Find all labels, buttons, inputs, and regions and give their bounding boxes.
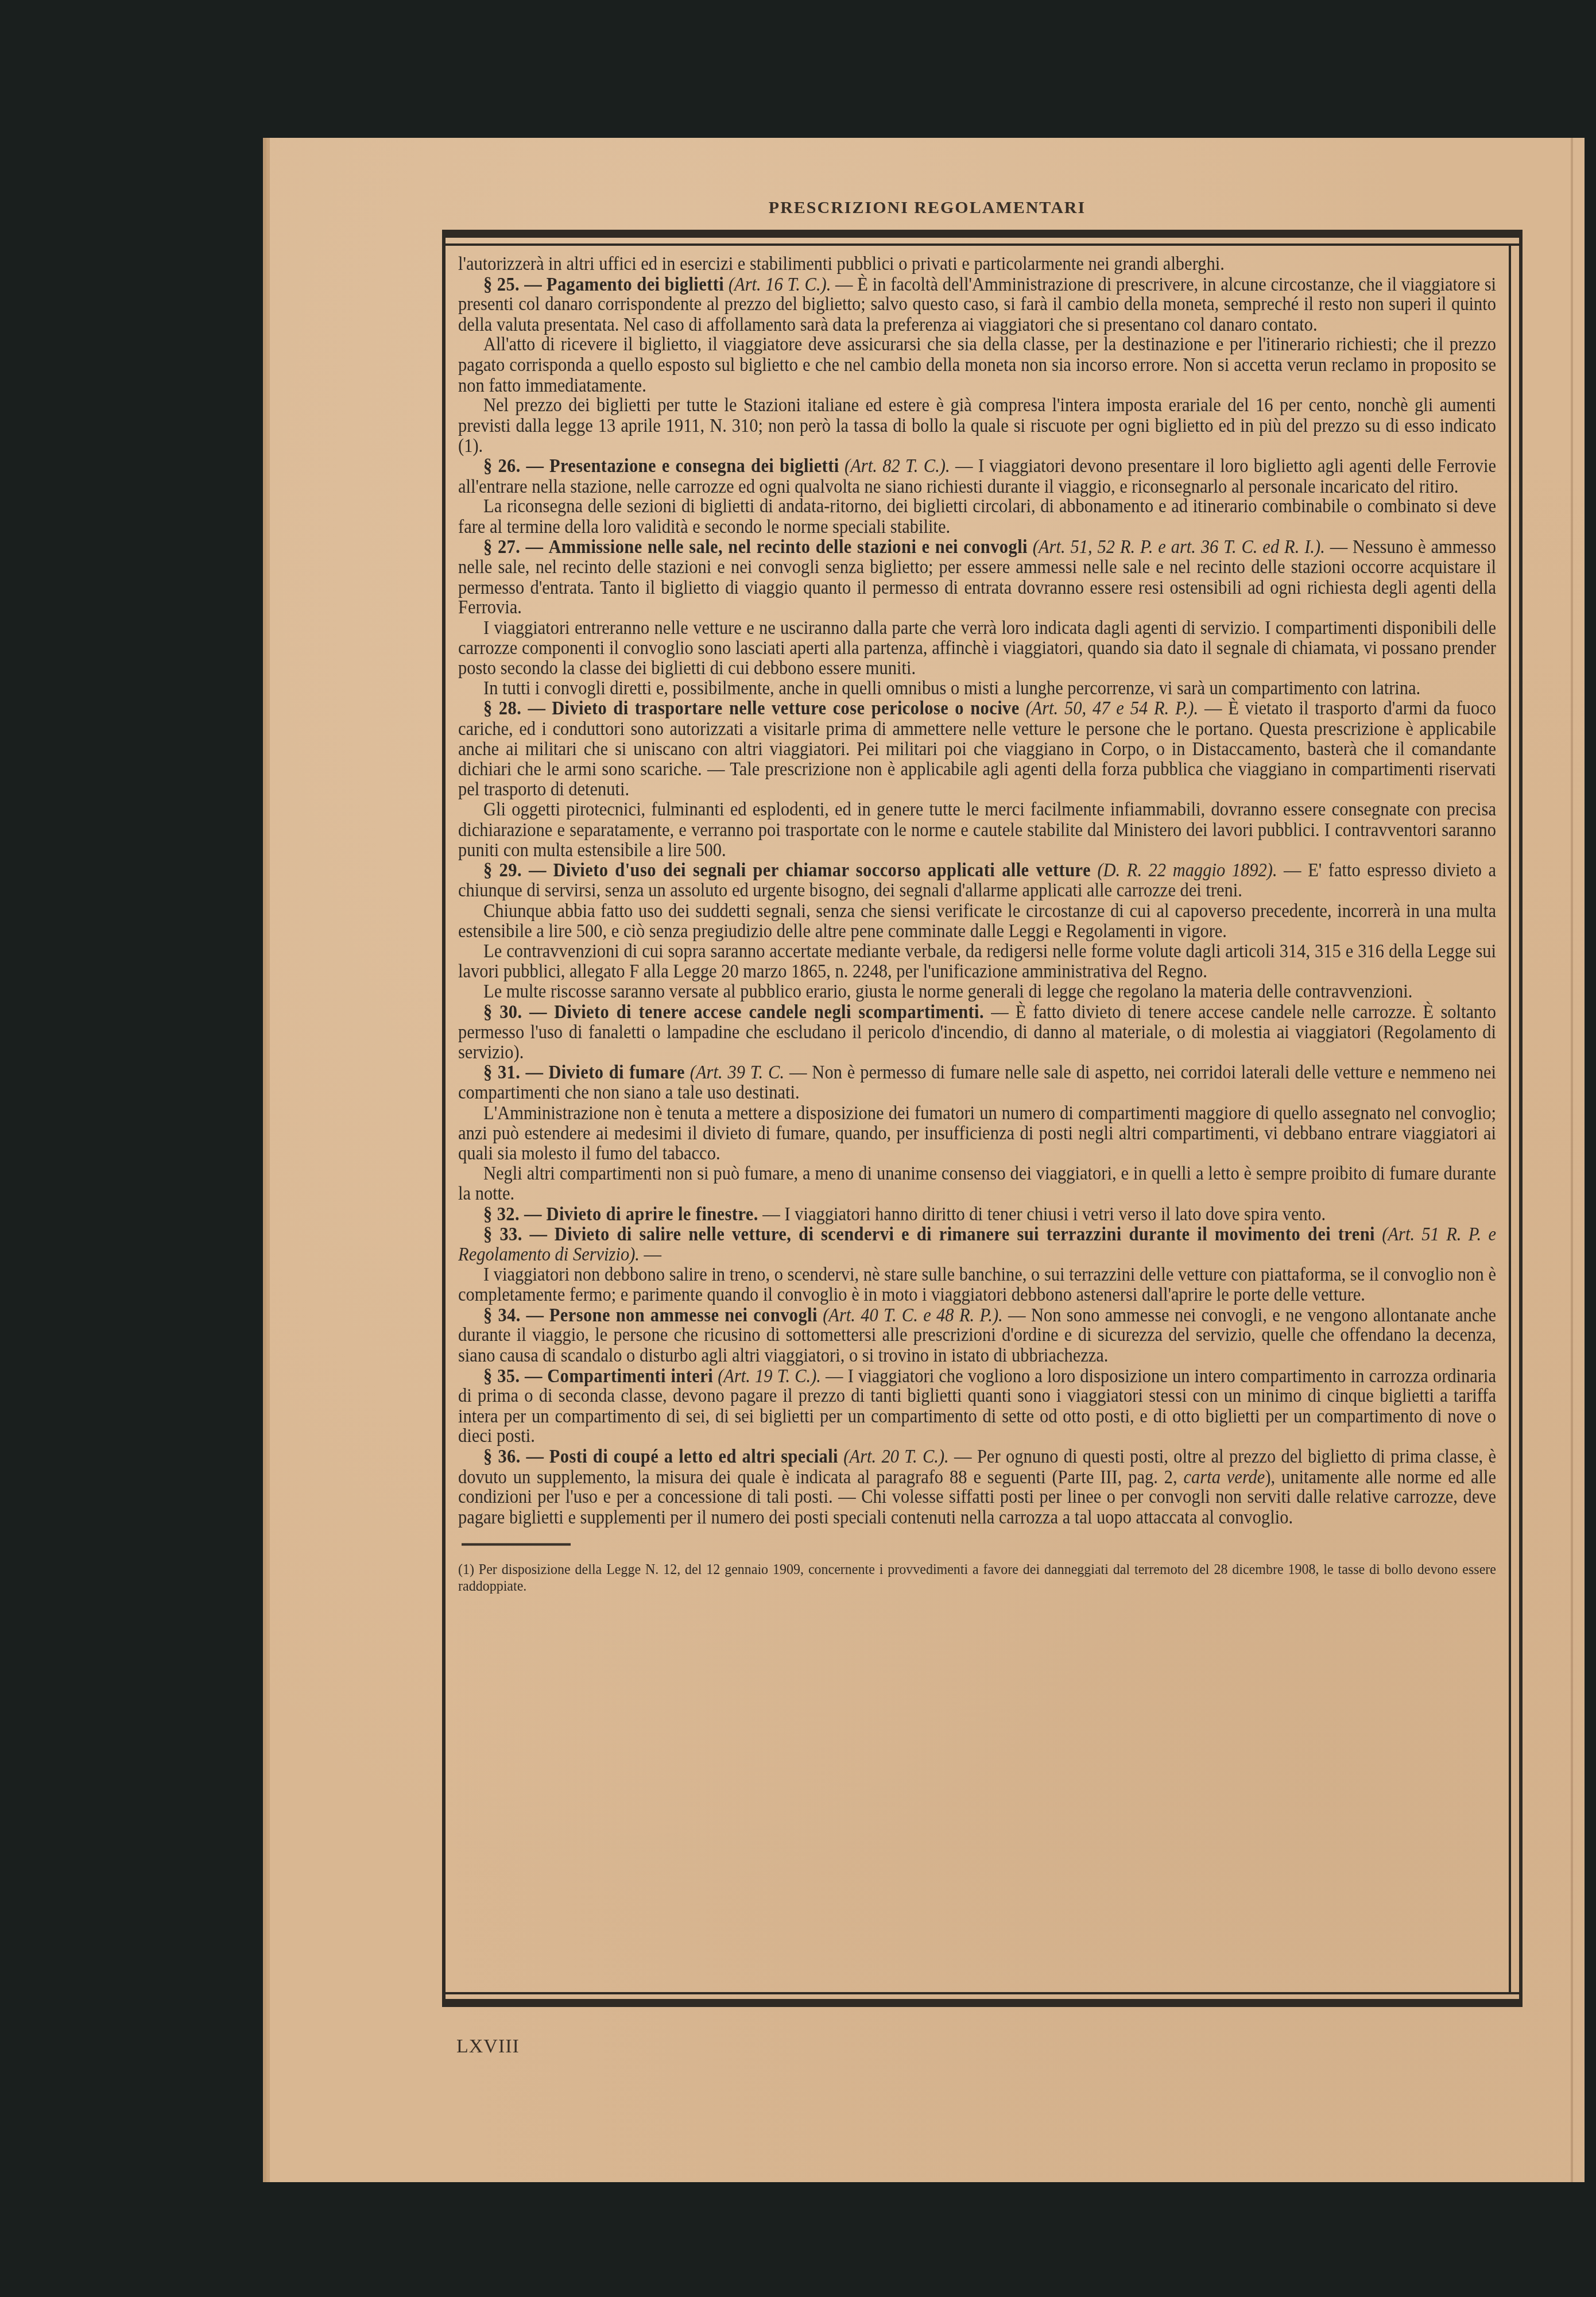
section-reference: (Art. 19 T. C.). xyxy=(718,1365,821,1386)
section-number: § 35. — xyxy=(483,1365,543,1386)
text-frame: l'autorizzerà in altri uffici ed in eser… xyxy=(442,230,1523,2007)
section-reference: (Art. 82 T. C.). xyxy=(845,455,950,477)
book-page: PRESCRIZIONI REGOLAMENTARI l'autorizzerà… xyxy=(270,138,1585,2182)
section-title: Divieto di aprire le finestre. xyxy=(547,1203,758,1224)
paragraph: Le multe riscosse saranno versate al pub… xyxy=(458,981,1496,1001)
section-title: Pagamento dei biglietti xyxy=(547,273,724,295)
footnote: (1) Per disposizione della Legge N. 12, … xyxy=(458,1562,1496,1595)
section-number: § 25. — xyxy=(483,273,542,295)
section-number: § 29. — xyxy=(483,860,547,881)
section-title: Posti di coupé a letto ed altri speciali xyxy=(549,1446,838,1467)
section-title: Divieto di tenere accese candele negli s… xyxy=(554,1001,984,1022)
paragraph: Le contravvenzioni di cui sopra saranno … xyxy=(458,941,1496,981)
section-28: § 28. — Divieto di trasportare nelle vet… xyxy=(458,698,1496,799)
paragraph: Chiunque abbia fatto uso dei suddetti se… xyxy=(458,900,1496,941)
section-title: Divieto di trasportare nelle vetture cos… xyxy=(552,698,1019,719)
section-text-italic: carta verde xyxy=(1184,1466,1265,1487)
section-36: § 36. — Posti di coupé a letto ed altri … xyxy=(458,1447,1496,1528)
paragraph: All'atto di ricevere il biglietto, il vi… xyxy=(458,335,1496,396)
frame-rule-bottom-thick xyxy=(446,1999,1519,2007)
section-text: — xyxy=(644,1244,662,1265)
section-25: § 25. — Pagamento dei biglietti (Art. 16… xyxy=(458,274,1496,335)
section-reference: (Art. 51, 52 R. P. e art. 36 T. C. ed R.… xyxy=(1033,536,1325,558)
paragraph: Nel prezzo dei biglietti per tutte le St… xyxy=(458,395,1496,456)
section-29: § 29. — Divieto d'uso dei segnali per ch… xyxy=(458,860,1496,900)
section-title: Presentazione e consegna dei biglietti xyxy=(549,455,839,477)
section-33: § 33. — Divieto di salire nelle vetture,… xyxy=(458,1224,1496,1264)
section-27: § 27. — Ammissione nelle sale, nel recin… xyxy=(458,537,1496,618)
section-number: § 26. — xyxy=(483,455,544,477)
intro-paragraph: l'autorizzerà in altri uffici ed in eser… xyxy=(458,254,1496,274)
body-text: l'autorizzerà in altri uffici ed in eser… xyxy=(458,254,1496,1595)
section-35: § 35. — Compartimenti interi (Art. 19 T.… xyxy=(458,1366,1496,1447)
section-title: Divieto di fumare xyxy=(548,1062,685,1083)
running-head: PRESCRIZIONI REGOLAMENTARI xyxy=(270,198,1585,218)
section-reference: (D. R. 22 maggio 1892). xyxy=(1097,860,1277,881)
section-number: § 32. — xyxy=(483,1203,542,1224)
section-34: § 34. — Persone non ammesse nei convogli… xyxy=(458,1305,1496,1366)
paragraph: Gli oggetti pirotecnici, fulminanti ed e… xyxy=(458,799,1496,860)
section-title: Divieto d'uso dei segnali per chiamar so… xyxy=(553,860,1090,881)
paragraph: L'Amministrazione non è tenuta a mettere… xyxy=(458,1103,1496,1163)
section-title: Persone non ammesse nei convogli xyxy=(549,1304,818,1325)
paragraph: I viaggiatori entreranno nelle vetture e… xyxy=(458,618,1496,679)
section-title: Ammissione nelle sale, nel recinto delle… xyxy=(548,536,1028,558)
frame-rule-top-thick xyxy=(446,230,1519,238)
section-number: § 28. — xyxy=(483,698,545,719)
section-reference: (Art. 20 T. C.). xyxy=(843,1446,948,1467)
footnote-divider xyxy=(462,1544,571,1546)
section-number: § 27. — xyxy=(483,536,543,558)
section-26: § 26. — Presentazione e consegna dei big… xyxy=(458,456,1496,496)
page-fold xyxy=(1571,138,1573,2182)
paragraph: I viaggiatori non debbono salire in tren… xyxy=(458,1264,1496,1305)
section-reference: (Art. 39 T. C. xyxy=(690,1062,784,1083)
section-number: § 31. — xyxy=(483,1062,543,1083)
paragraph: In tutti i convogli diretti e, possibilm… xyxy=(458,678,1496,698)
frame-rule-top-thin xyxy=(446,243,1519,246)
frame-rule-right-inner xyxy=(1509,243,1511,1994)
section-title: Compartimenti interi xyxy=(547,1365,713,1386)
section-31: § 31. — Divieto di fumare (Art. 39 T. C.… xyxy=(458,1062,1496,1103)
paragraph: La riconsegna delle sezioni di biglietti… xyxy=(458,496,1496,536)
frame-rule-bottom-thin xyxy=(446,1992,1519,1994)
section-32: § 32. — Divieto di aprire le finestre. —… xyxy=(458,1204,1496,1224)
section-number: § 30. — xyxy=(483,1001,547,1022)
section-number: § 33. — xyxy=(483,1224,547,1245)
section-text: — I viaggiatori hanno diritto di tener c… xyxy=(762,1203,1326,1224)
section-reference: (Art. 40 T. C. e 48 R. P.). xyxy=(823,1304,1002,1325)
section-number: § 36. — xyxy=(483,1446,544,1467)
page-number: LXVIII xyxy=(456,2036,520,2058)
section-reference: (Art. 50, 47 e 54 R. P.). xyxy=(1025,698,1198,719)
section-title: Divieto di salire nelle vetture, di scen… xyxy=(555,1224,1375,1245)
paragraph: Negli altri compartimenti non si può fum… xyxy=(458,1163,1496,1204)
section-reference: (Art. 16 T. C.). xyxy=(729,273,831,295)
section-number: § 34. — xyxy=(483,1304,544,1325)
section-30: § 30. — Divieto di tenere accese candele… xyxy=(458,1001,1496,1062)
